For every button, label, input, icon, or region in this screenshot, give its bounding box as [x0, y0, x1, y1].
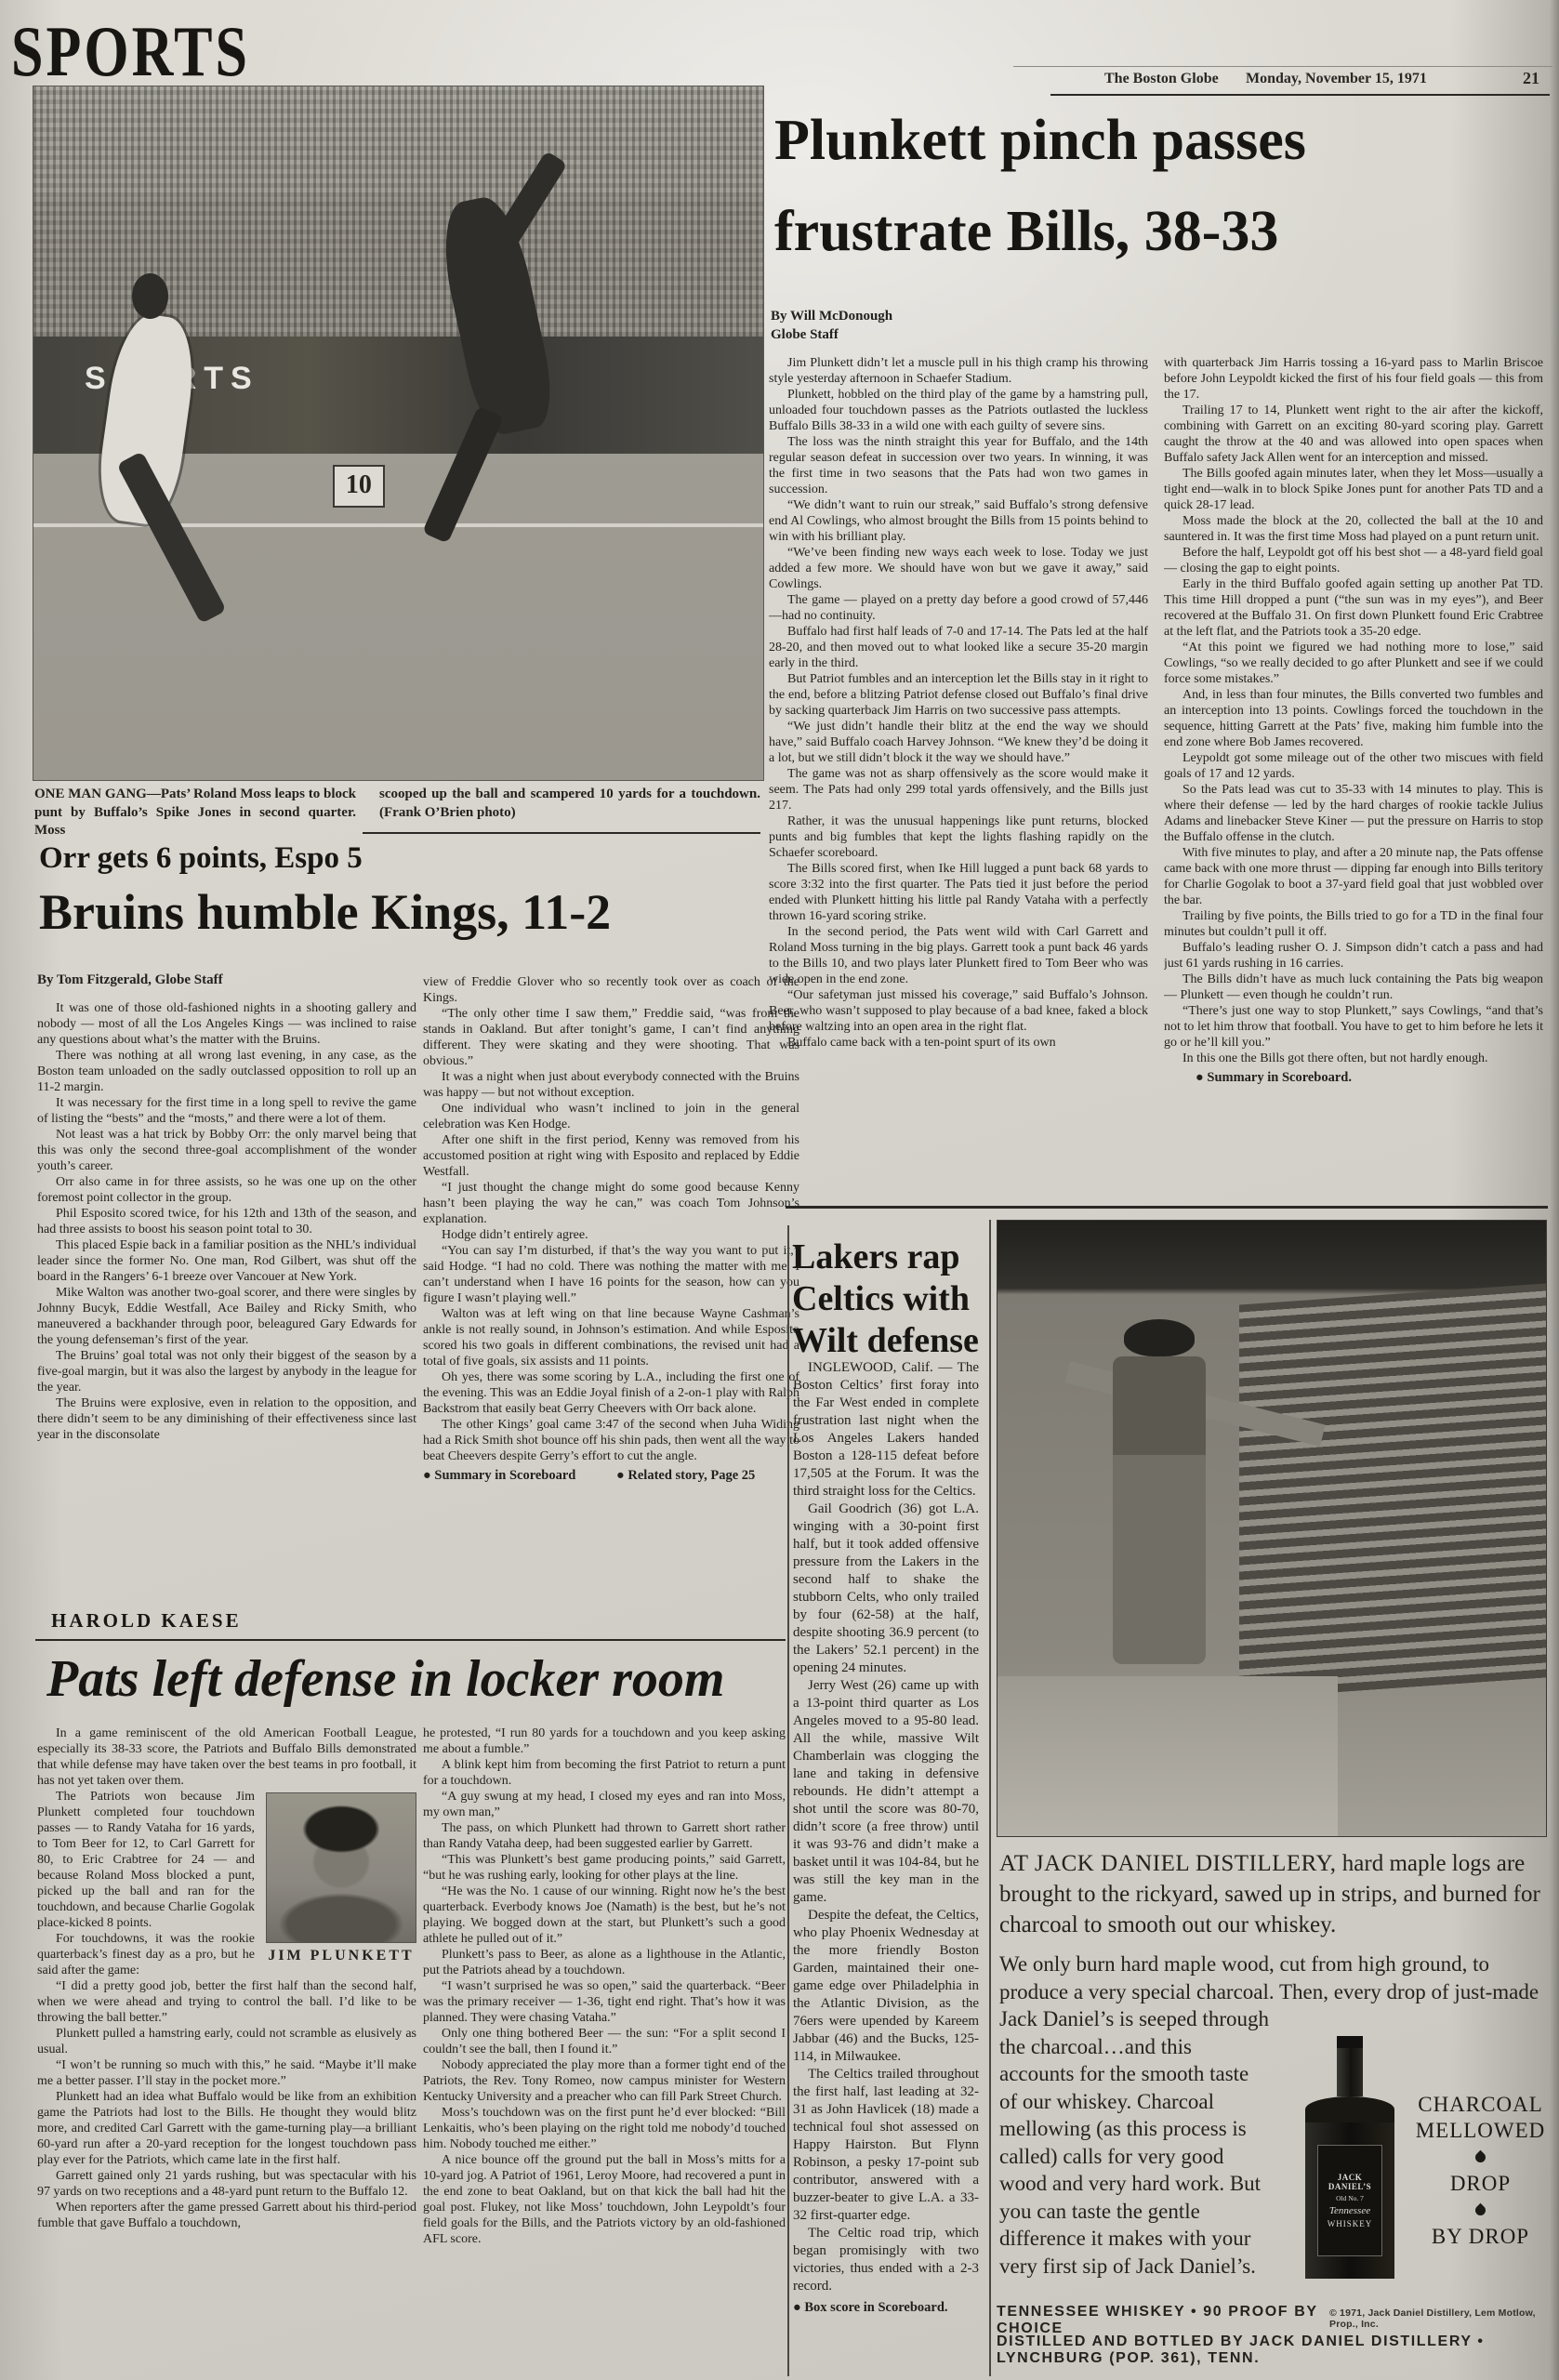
article-paragraph: The other Kings’ goal came 3:47 of the s… — [423, 1417, 799, 1464]
article-paragraph: The Bills didn’t have as much luck conta… — [1164, 972, 1543, 1003]
article-paragraph: It was one of those old-fashioned nights… — [37, 1000, 416, 1048]
article-paragraph: Buffalo came back with a ten-point spurt… — [769, 1035, 1148, 1051]
article-paragraph: But Patriot fumbles and an interception … — [769, 671, 1148, 719]
article-paragraph: It was a night when just about everybody… — [423, 1069, 799, 1101]
article-paragraph: Phil Esposito scored twice, for his 12th… — [37, 1206, 416, 1237]
article-paragraph: “There’s just one way to stop Plunkett,”… — [1164, 1003, 1543, 1051]
section-rule — [786, 1206, 1548, 1209]
article-paragraph: Nobody appreciated the play more than a … — [423, 2057, 786, 2105]
plunkett-byline: By Will McDonough — [771, 309, 892, 324]
charcoal-mellowed-block: CHARCOAL MELLOWED DROP BY DROP — [1413, 2092, 1548, 2250]
drop-label: DROP — [1413, 2171, 1548, 2197]
article-paragraph: Gail Goodrich (36) got L.A. winging with… — [793, 1501, 979, 1677]
article-paragraph: Oh yes, there was some scoring by L.A., … — [423, 1369, 799, 1417]
bruins-footer-summary: ● Summary in Scoreboard — [423, 1468, 575, 1483]
article-paragraph: “I did a pretty good job, better the fir… — [37, 1978, 416, 2026]
article-paragraph: So the Pats lead was cut to 35-33 with 1… — [1164, 782, 1543, 845]
plunkett-column-2: with quarterback Jim Harris tossing a 16… — [1164, 355, 1543, 1209]
lakers-headline-line1: Lakers rap — [792, 1236, 984, 1278]
field-number-sign: 10 — [333, 465, 385, 508]
article-paragraph: Rather, it was the unusual happenings li… — [769, 813, 1148, 861]
lakers-column-text: INGLEWOOD, Calif. — The Boston Celtics’ … — [793, 1359, 979, 2295]
article-paragraph: It was necessary for the first time in a… — [37, 1095, 416, 1127]
article-paragraph: “The only other time I saw them,” Freddi… — [423, 1006, 799, 1069]
article-paragraph: Plunkett, hobbled on the third play of t… — [769, 387, 1148, 434]
article-paragraph: Jerry West (26) came up with a 13-point … — [793, 1677, 979, 1907]
lakers-headline: Lakers rap Celtics with Wilt defense — [792, 1236, 984, 1362]
bruins-column-1: It was one of those old-fashioned nights… — [37, 1000, 416, 1600]
kaese-column-2: he protested, “I run 80 yards for a touc… — [423, 1725, 786, 2376]
kaese-rule — [35, 1639, 786, 1641]
article-paragraph: “I just thought the change might do some… — [423, 1180, 799, 1227]
plunkett-footer: ● Summary in Scoreboard. — [1164, 1070, 1543, 1086]
lakers-column: INGLEWOOD, Calif. — The Boston Celtics’ … — [793, 1359, 979, 2359]
article-paragraph: When reporters after the game pressed Ga… — [37, 2200, 416, 2231]
photo-caption-col2: scooped up the ball and scampered 10 yar… — [379, 786, 760, 822]
ad-photo — [997, 1220, 1547, 1837]
article-paragraph: Trailing 17 to 14, Plunkett went right t… — [1164, 403, 1543, 466]
bottle-tennessee: Tennessee — [1318, 2205, 1381, 2216]
ad-footer-line2: DISTILLED AND BOTTLED BY JACK DANIEL DIS… — [997, 2334, 1548, 2367]
page-number: 21 — [1523, 69, 1539, 88]
article-paragraph: The Bills goofed again minutes later, wh… — [1164, 466, 1543, 513]
article-paragraph: The game was not as sharp offensively as… — [769, 766, 1148, 813]
article-paragraph: With five minutes to play, and after a 2… — [1164, 845, 1543, 908]
ad-photo-ground — [997, 1676, 1338, 1836]
article-paragraph: “Our safetyman just missed his coverage,… — [769, 987, 1148, 1035]
kaese-lakers-divider — [787, 1225, 789, 2376]
article-paragraph: Before the half, Leypoldt got off his be… — [1164, 545, 1543, 576]
bruins-footer: ● Summary in Scoreboard ● Related story,… — [423, 1468, 799, 1484]
article-paragraph: he protested, “I run 80 yards for a touc… — [423, 1725, 786, 1757]
article-paragraph: “A guy swung at my head, I closed my eye… — [423, 1789, 786, 1820]
article-paragraph: In a game reminiscent of the old America… — [37, 1725, 416, 1789]
article-paragraph: Garrett gained only 21 yards rushing, bu… — [37, 2168, 416, 2200]
lakers-headline-line2: Celtics with — [792, 1278, 984, 1320]
article-paragraph: The Bruins’ goal total was not only thei… — [37, 1348, 416, 1395]
ad-footer-row1: TENNESSEE WHISKEY • 90 PROOF BY CHOICE ©… — [997, 2304, 1548, 2337]
article-paragraph: Leypoldt got some mileage out of the oth… — [1164, 750, 1543, 782]
plunkett-inset-photo — [266, 1792, 416, 1943]
sports-masthead: SPORTS — [11, 11, 250, 94]
article-paragraph: Plunkett’s pass to Beer, as alone as a l… — [423, 1947, 786, 1978]
article-paragraph: The pass, on which Plunkett had thrown t… — [423, 1820, 786, 1852]
issue-date: Monday, November 15, 1971 — [1246, 71, 1427, 87]
bruins-byline: By Tom Fitzgerald, Globe Staff — [37, 972, 223, 988]
whiskey-bottle: JACK DANIEL’S Old No. 7 Tennessee WHISKE… — [1289, 2036, 1410, 2279]
kaese-label: HAROLD KAESE — [51, 1609, 242, 1633]
plunkett-inset-caption: JIM PLUNKETT — [266, 1948, 416, 1963]
article-paragraph: And, in less than four minutes, the Bill… — [1164, 687, 1543, 750]
caption-rule — [363, 832, 760, 834]
article-paragraph: Plunkett had an idea what Buffalo would … — [37, 2089, 416, 2168]
main-photo: SPORTS 10 — [33, 86, 764, 781]
article-paragraph: Despite the defeat, the Celtics, who pla… — [793, 1907, 979, 2066]
article-paragraph: Plunkett pulled a hamstring early, could… — [37, 2026, 416, 2057]
plunkett-byline-org: Globe Staff — [771, 327, 839, 343]
article-paragraph: After one shift in the first period, Ken… — [423, 1132, 799, 1180]
newspaper-page: SPORTS The Boston Globe Monday, November… — [0, 0, 1559, 2380]
article-paragraph: The game — played on a pretty day before… — [769, 592, 1148, 624]
drop-icon — [1473, 2203, 1488, 2218]
ad-headline: AT JACK DANIEL DISTILLERY, hard maple lo… — [999, 1848, 1543, 1940]
article-paragraph: This placed Espie back in a familiar pos… — [37, 1237, 416, 1285]
article-paragraph: The Bruins were explosive, even in relat… — [37, 1395, 416, 1443]
lakers-footer: ● Box score in Scoreboard. — [793, 2299, 979, 2317]
article-paragraph: Buffalo’s leading rusher O. J. Simpson d… — [1164, 940, 1543, 972]
article-paragraph: Walton was at left wing on that line bec… — [423, 1306, 799, 1369]
article-paragraph: A blink kept him from becoming the first… — [423, 1757, 786, 1789]
photo-caption-col1: ONE MAN GANG—Pats’ Roland Moss leaps to … — [34, 786, 356, 840]
kaese-column-1: In a game reminiscent of the old America… — [37, 1725, 416, 2376]
article-paragraph: The Bills scored first, when Ike Hill lu… — [769, 861, 1148, 924]
article-paragraph: A nice bounce off the ground put the bal… — [423, 2152, 786, 2247]
article-paragraph: The Celtics trailed throughout the first… — [793, 2066, 979, 2225]
ad-headline-lead: AT JACK DANIEL DISTILLERY, — [999, 1851, 1337, 1876]
plunkett-headline-line2: frustrate Bills, 38-33 — [774, 186, 1551, 277]
article-paragraph: INGLEWOOD, Calif. — The Boston Celtics’ … — [793, 1359, 979, 1501]
article-paragraph: Orr also came in for three assists, so h… — [37, 1174, 416, 1206]
article-paragraph: “At this point we figured we had nothing… — [1164, 640, 1543, 687]
article-paragraph: Buffalo had first half leads of 7-0 and … — [769, 624, 1148, 671]
article-paragraph: Early in the third Buffalo goofed again … — [1164, 576, 1543, 640]
bottle-old-no: Old No. 7 — [1318, 2194, 1381, 2202]
plunkett-headline-line1: Plunkett pinch passes — [774, 95, 1551, 186]
kaese-headline: Pats left defense in locker room — [46, 1649, 790, 1709]
charcoal-label-line2: MELLOWED — [1413, 2118, 1548, 2144]
article-paragraph: In this one the Bills got there often, b… — [1164, 1051, 1543, 1066]
charcoal-label-line1: CHARCOAL — [1413, 2092, 1548, 2118]
bruins-column-2: view of Freddie Glover who so recently t… — [423, 974, 799, 1484]
bottle-whiskey: WHISKEY — [1318, 2219, 1381, 2228]
ad-footer-line1: TENNESSEE WHISKEY • 90 PROOF BY CHOICE — [997, 2304, 1329, 2337]
article-paragraph: In the second period, the Pats went wild… — [769, 924, 1148, 987]
bottle-brand: JACK DANIEL’S — [1318, 2173, 1381, 2191]
article-paragraph: Moss made the block at the 20, collected… — [1164, 513, 1543, 545]
worker-hat — [1124, 1319, 1196, 1356]
lumber-rick — [1239, 1284, 1546, 1699]
paper-name: The Boston Globe — [1104, 71, 1219, 87]
article-paragraph: with quarterback Jim Harris tossing a 16… — [1164, 355, 1543, 403]
bottle-neck — [1337, 2048, 1363, 2096]
bottle-shoulder — [1305, 2096, 1394, 2122]
worker-figure — [1113, 1356, 1206, 1664]
article-paragraph: Jim Plunkett didn’t let a muscle pull in… — [769, 355, 1148, 387]
ad-footer-copyright: © 1971, Jack Daniel Distillery, Lem Motl… — [1329, 2307, 1548, 2330]
lakers-ad-divider — [989, 1220, 991, 2376]
article-paragraph: Hodge didn’t entirely agree. — [423, 1227, 799, 1243]
plunkett-column-2-text: with quarterback Jim Harris tossing a 16… — [1164, 355, 1543, 1066]
bottle-label: JACK DANIEL’S Old No. 7 Tennessee WHISKE… — [1317, 2145, 1382, 2256]
article-paragraph: “We’ve been finding new ways each week t… — [769, 545, 1148, 592]
article-paragraph: Trailing by five points, the Bills tried… — [1164, 908, 1543, 940]
lakers-headline-line3: Wilt defense — [792, 1320, 984, 1362]
punter-head — [132, 273, 168, 318]
bruins-column-2-text: view of Freddie Glover who so recently t… — [423, 974, 799, 1464]
bottle-cap — [1337, 2036, 1363, 2048]
bruins-headline: Bruins humble Kings, 11-2 — [39, 883, 783, 941]
article-paragraph: One individual who wasn’t inclined to jo… — [423, 1101, 799, 1132]
header-top-rule — [1013, 66, 1552, 67]
article-paragraph: The Celtic road trip, which began promis… — [793, 2225, 979, 2295]
yard-line — [33, 523, 763, 527]
article-paragraph: Only one thing bothered Beer — the sun: … — [423, 2026, 786, 2057]
article-paragraph: Mike Walton was another two-goal scorer,… — [37, 1285, 416, 1348]
drop-icon — [1473, 2150, 1488, 2165]
article-paragraph: “You can say I’m disturbed, if that’s th… — [423, 1243, 799, 1306]
article-paragraph: view of Freddie Glover who so recently t… — [423, 974, 799, 1006]
plunkett-inset: JIM PLUNKETT — [266, 1792, 416, 1963]
article-paragraph: Moss’s touchdown was on the first punt h… — [423, 2105, 786, 2152]
jack-daniels-ad: AT JACK DANIEL DISTILLERY, hard maple lo… — [997, 1218, 1548, 2376]
article-paragraph: “We just didn’t handle their blitz at th… — [769, 719, 1148, 766]
bruins-kicker: Orr gets 6 points, Espo 5 — [39, 841, 363, 876]
bruins-footer-related: ● Related story, Page 25 — [616, 1468, 755, 1483]
bottle-body: JACK DANIEL’S Old No. 7 Tennessee WHISKE… — [1305, 2122, 1394, 2279]
article-paragraph: “I won’t be running so much with this,” … — [37, 2057, 416, 2089]
article-paragraph: “I wasn’t surprised he was so open,” sai… — [423, 1978, 786, 2026]
article-paragraph: There was nothing at all wrong last even… — [37, 1048, 416, 1095]
article-paragraph: Not least was a hat trick by Bobby Orr: … — [37, 1127, 416, 1174]
article-paragraph: The loss was the ninth straight this yea… — [769, 434, 1148, 497]
article-paragraph: “He was the No. 1 cause of our winning. … — [423, 1884, 786, 1947]
plunkett-column-1: Jim Plunkett didn’t let a muscle pull in… — [769, 355, 1148, 1209]
article-paragraph: “We didn’t want to ruin our streak,” sai… — [769, 497, 1148, 545]
by-drop-label: BY DROP — [1413, 2224, 1548, 2250]
article-paragraph: “This was Plunkett’s best game producing… — [423, 1852, 786, 1884]
plunkett-headline: Plunkett pinch passes frustrate Bills, 3… — [774, 95, 1551, 277]
